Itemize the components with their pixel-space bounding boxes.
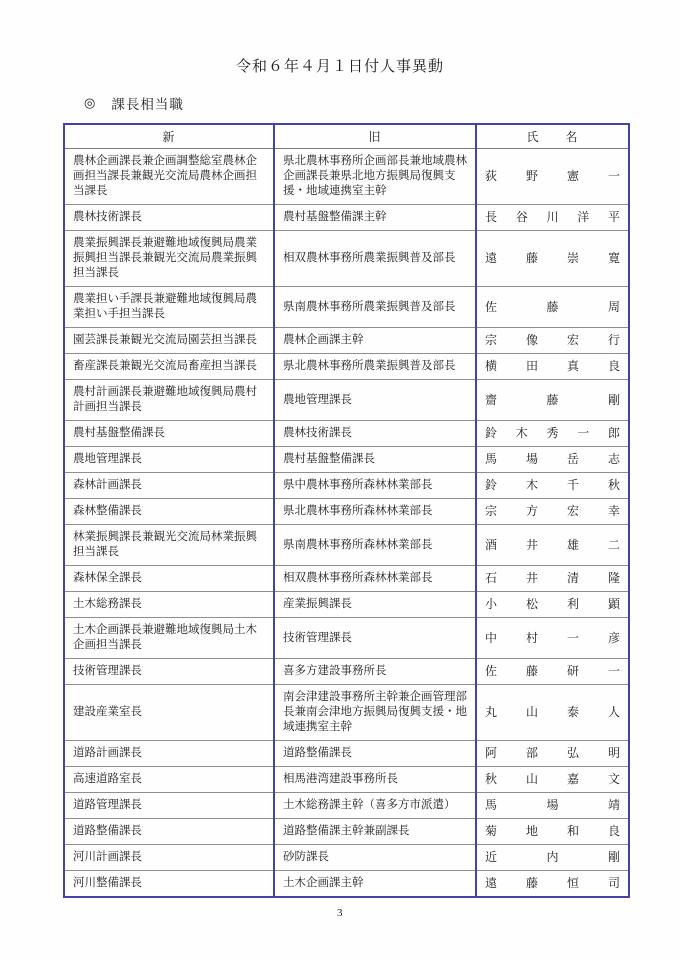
table-row: 技術管理課長喜多方建設事務所長佐 藤 研 一 [64, 659, 629, 685]
table-row: 農林技術課長農村基盤整備課主幹長 谷 川 洋 平 [64, 205, 629, 231]
old-position-cell: 土木総務課主幹（喜多方市派遣） [274, 793, 476, 819]
table-row: 園芸課長兼観光交流局園芸担当課長農林企画課主幹宗 像 宏 行 [64, 328, 629, 354]
name-cell: 鈴 木 秀 一 郎 [476, 421, 629, 447]
name-cell: 秋 山 嘉 文 [476, 767, 629, 793]
table-row: 農業振興課長兼避難地域復興局農業振興担当課長兼観光交流局農業振興担当課長相双農林… [64, 231, 629, 287]
table-header-row: 新 旧 氏 名 [64, 124, 629, 149]
table-body: 農林企画課長兼企画調整総室農林企画担当課長兼観光交流局農林企画担当課長県北農林事… [64, 149, 629, 898]
new-position-cell: 土木企画課長兼避難地域復興局土木企画担当課長 [64, 618, 274, 659]
new-position-cell: 河川計画課長 [64, 845, 274, 871]
old-position-cell: 相双農林事務所森林林業部長 [274, 566, 476, 592]
table-row: 森林整備課長県北農林事務所森林林業部長宗 方 宏 幸 [64, 499, 629, 525]
header-old-position: 旧 [274, 124, 476, 149]
table-row: 森林計画課長県中農林事務所森林林業部長鈴 木 千 秋 [64, 473, 629, 499]
new-position-cell: 高速道路室長 [64, 767, 274, 793]
old-position-cell: 相双農林事務所農業振興普及部長 [274, 231, 476, 287]
personnel-table: 新 旧 氏 名 農林企画課長兼企画調整総室農林企画担当課長兼観光交流局農林企画担… [63, 123, 630, 898]
name-cell: 中 村 一 彦 [476, 618, 629, 659]
new-position-cell: 河川整備課長 [64, 871, 274, 898]
name-cell: 横 田 真 良 [476, 354, 629, 380]
old-position-cell: 道路整備課主幹兼副課長 [274, 819, 476, 845]
old-position-cell: 県北農林事務所農業振興普及部長 [274, 354, 476, 380]
table-row: 森林保全課長相双農林事務所森林林業部長石 井 清 隆 [64, 566, 629, 592]
header-new-position: 新 [64, 124, 274, 149]
name-cell: 宗 方 宏 幸 [476, 499, 629, 525]
table-row: 農業担い手課長兼避難地域復興局農業担い手担当課長県南農林事務所農業振興普及部長佐… [64, 287, 629, 328]
table-row: 畜産課長兼観光交流局畜産担当課長県北農林事務所農業振興普及部長横 田 真 良 [64, 354, 629, 380]
table-row: 道路管理課長土木総務課主幹（喜多方市派遣）馬 場 靖 [64, 793, 629, 819]
name-cell: 丸 山 泰 人 [476, 685, 629, 741]
old-position-cell: 南会津建設事務所主幹兼企画管理部長兼南会津地方振興局復興支援・地域連携室主幹 [274, 685, 476, 741]
new-position-cell: 農村基盤整備課長 [64, 421, 274, 447]
table-row: 林業振興課長兼観光交流局林業振興担当課長県南農林事務所森林林業部長酒 井 雄 二 [64, 525, 629, 566]
new-position-cell: 森林保全課長 [64, 566, 274, 592]
old-position-cell: 道路整備課長 [274, 741, 476, 767]
old-position-cell: 県南農林事務所農業振興普及部長 [274, 287, 476, 328]
new-position-cell: 道路整備課長 [64, 819, 274, 845]
old-position-cell: 県北農林事務所企画部長兼地域農林企画課長兼県北地方振興局復興支援・地域連携室主幹 [274, 149, 476, 205]
name-cell: 馬 場 岳 志 [476, 447, 629, 473]
old-position-cell: 技術管理課長 [274, 618, 476, 659]
new-position-cell: 農林技術課長 [64, 205, 274, 231]
name-cell: 小 松 利 顕 [476, 592, 629, 618]
new-position-cell: 林業振興課長兼観光交流局林業振興担当課長 [64, 525, 274, 566]
new-position-cell: 畜産課長兼観光交流局畜産担当課長 [64, 354, 274, 380]
table-row: 農村基盤整備課長農林技術課長鈴 木 秀 一 郎 [64, 421, 629, 447]
old-position-cell: 相馬港湾建設事務所長 [274, 767, 476, 793]
new-position-cell: 農林企画課長兼企画調整総室農林企画担当課長兼観光交流局農林企画担当課長 [64, 149, 274, 205]
header-name: 氏 名 [476, 124, 629, 149]
new-position-cell: 農業振興課長兼避難地域復興局農業振興担当課長兼観光交流局農業振興担当課長 [64, 231, 274, 287]
table-row: 河川計画課長砂防課長近 内 剛 [64, 845, 629, 871]
old-position-cell: 農林技術課長 [274, 421, 476, 447]
name-cell: 酒 井 雄 二 [476, 525, 629, 566]
table-row: 土木総務課長産業振興課長小 松 利 顕 [64, 592, 629, 618]
name-cell: 長 谷 川 洋 平 [476, 205, 629, 231]
old-position-cell: 喜多方建設事務所長 [274, 659, 476, 685]
document-title: 令和６年４月１日付人事異動 [0, 0, 680, 77]
document-page: 令和６年４月１日付人事異動 ◎ 課長相当職 新 旧 氏 名 農林企画課長兼企画調… [0, 0, 680, 961]
new-position-cell: 森林計画課長 [64, 473, 274, 499]
new-position-cell: 農業担い手課長兼避難地域復興局農業担い手担当課長 [64, 287, 274, 328]
section-title: 課長相当職 [111, 93, 184, 113]
new-position-cell: 道路計画課長 [64, 741, 274, 767]
name-cell: 鈴 木 千 秋 [476, 473, 629, 499]
name-cell: 菊 地 和 良 [476, 819, 629, 845]
new-position-cell: 園芸課長兼観光交流局園芸担当課長 [64, 328, 274, 354]
old-position-cell: 産業振興課長 [274, 592, 476, 618]
name-cell: 遠 藤 崇 寛 [476, 231, 629, 287]
old-position-cell: 土木企画課主幹 [274, 871, 476, 898]
name-cell: 近 内 剛 [476, 845, 629, 871]
old-position-cell: 農地管理課長 [274, 380, 476, 421]
page-number: 3 [0, 907, 680, 919]
double-circle-icon: ◎ [84, 95, 96, 111]
table-row: 農林企画課長兼企画調整総室農林企画担当課長兼観光交流局農林企画担当課長県北農林事… [64, 149, 629, 205]
table-row: 農地管理課長農村基盤整備課長馬 場 岳 志 [64, 447, 629, 473]
old-position-cell: 砂防課長 [274, 845, 476, 871]
name-cell: 齋 藤 剛 [476, 380, 629, 421]
new-position-cell: 道路管理課長 [64, 793, 274, 819]
table-row: 農村計画課長兼避難地域復興局農村計画担当課長農地管理課長齋 藤 剛 [64, 380, 629, 421]
new-position-cell: 建設産業室長 [64, 685, 274, 741]
name-cell: 馬 場 靖 [476, 793, 629, 819]
name-cell: 宗 像 宏 行 [476, 328, 629, 354]
new-position-cell: 森林整備課長 [64, 499, 274, 525]
table-row: 道路整備課長道路整備課主幹兼副課長菊 地 和 良 [64, 819, 629, 845]
new-position-cell: 技術管理課長 [64, 659, 274, 685]
table-row: 高速道路室長相馬港湾建設事務所長秋 山 嘉 文 [64, 767, 629, 793]
name-cell: 佐 藤 周 [476, 287, 629, 328]
name-cell: 阿 部 弘 明 [476, 741, 629, 767]
new-position-cell: 農地管理課長 [64, 447, 274, 473]
section-heading: ◎ 課長相当職 [84, 93, 680, 113]
table-row: 道路計画課長道路整備課長阿 部 弘 明 [64, 741, 629, 767]
name-cell: 荻 野 憲 一 [476, 149, 629, 205]
old-position-cell: 県南農林事務所森林林業部長 [274, 525, 476, 566]
old-position-cell: 県中農林事務所森林林業部長 [274, 473, 476, 499]
old-position-cell: 農村基盤整備課主幹 [274, 205, 476, 231]
new-position-cell: 土木総務課長 [64, 592, 274, 618]
table-row: 土木企画課長兼避難地域復興局土木企画担当課長技術管理課長中 村 一 彦 [64, 618, 629, 659]
old-position-cell: 農村基盤整備課長 [274, 447, 476, 473]
old-position-cell: 農林企画課主幹 [274, 328, 476, 354]
table-row: 建設産業室長南会津建設事務所主幹兼企画管理部長兼南会津地方振興局復興支援・地域連… [64, 685, 629, 741]
name-cell: 石 井 清 隆 [476, 566, 629, 592]
name-cell: 遠 藤 恒 司 [476, 871, 629, 898]
table-header: 新 旧 氏 名 [64, 124, 629, 149]
new-position-cell: 農村計画課長兼避難地域復興局農村計画担当課長 [64, 380, 274, 421]
name-cell: 佐 藤 研 一 [476, 659, 629, 685]
table-row: 河川整備課長土木企画課主幹遠 藤 恒 司 [64, 871, 629, 898]
old-position-cell: 県北農林事務所森林林業部長 [274, 499, 476, 525]
